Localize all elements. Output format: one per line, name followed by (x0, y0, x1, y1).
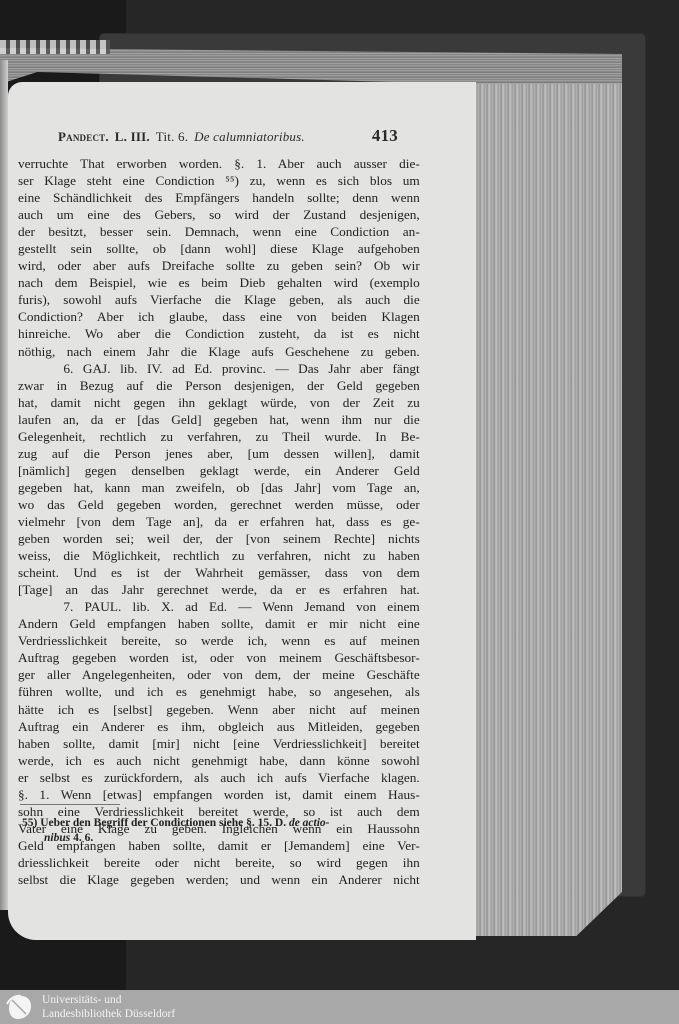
text-line: hat, damit nicht gegen ihn geklagt würde… (18, 395, 420, 412)
text-line: geben worden sei; weil der, der [von sei… (18, 531, 420, 548)
text-line: ger aller Angelegenheiten, oder von dem,… (18, 667, 420, 684)
running-head-title-number: Tit. 6. (156, 129, 188, 145)
spine-binding (0, 40, 110, 54)
text-line: driesslichkeit bereite oder nicht bereit… (18, 855, 420, 872)
text-line: Auftrag ein Anderer es ihm, obgleich aus… (18, 719, 420, 736)
section-heading-line: 6. GAJ. lib. IV. ad Ed. provinc. — Das J… (18, 361, 420, 378)
text-line: Verdriesslichkeit bereite, so werde ich,… (18, 633, 420, 650)
ulb-logo-icon (4, 992, 34, 1022)
running-head: Pandect. L. III. Tit. 6. De calumniatori… (58, 126, 398, 146)
text-line: gegeben hat, kann man zweifeln, ob [das … (18, 480, 420, 497)
text-line: [Tage] an das Jahr gerechnet werde, da e… (18, 582, 420, 599)
text-line: eine Schändlichkeit des Empfängers hande… (18, 190, 420, 207)
text-line: auch um eine des Gebers, so wird der Zus… (18, 207, 420, 224)
footnote-line-1: 55) Ueber den Begriff der Condictionen s… (22, 816, 392, 831)
text-line: zwar in Bezug auf die Person desjenigen,… (18, 378, 420, 395)
body-text: verruchte That erworben worden. §. 1. Ab… (18, 156, 390, 889)
text-line: verruchte That erworben worden. §. 1. Ab… (18, 156, 420, 173)
text-line: §. 1. Wenn [etwas] empfangen worden ist,… (18, 787, 420, 804)
text-line: hätte ich es [selbst] gegeben. Wenn aber… (18, 702, 420, 719)
text-line: gestellt sein sollte, ob [dann wohl] die… (18, 241, 420, 258)
footnote-line2-rest: 4. 6. (73, 832, 93, 844)
footer-line-1: Universitäts- und (42, 993, 175, 1007)
text-line: weiss, die Möglichkeit, rechtlich zu ver… (18, 548, 420, 565)
text-line: selbst die Klage gegeben werden; und wen… (18, 872, 420, 889)
footnote-italic-tail: de actio- (289, 817, 330, 829)
page-number: 413 (372, 126, 398, 146)
footnote-marker: 55) (22, 817, 37, 829)
text-line: wird, oder aber aufs Dreifache sollte zu… (18, 258, 420, 275)
footer-institution: Universitäts- und Landesbibliothek Düsse… (42, 993, 175, 1021)
text-line: haben sollte, damit [mir] nicht [eine Ve… (18, 736, 420, 753)
text-line: furis), sowohl aufs Vierfache die Klage … (18, 292, 420, 309)
text-line: er selbst es zurückfordern, als auch ich… (18, 770, 420, 787)
text-line: [nämlich] gegen denselben geklagt werde,… (18, 463, 420, 480)
running-head-series: Pandect. (58, 129, 109, 145)
text-line: wo das Geld gegeben worden, gerechnet we… (18, 497, 420, 514)
running-head-book: L. III. (115, 129, 150, 145)
text-line: scheint. Und es ist der Wahrheit gemässe… (18, 565, 420, 582)
running-head-title: De calumniatoribus. (194, 129, 305, 145)
footer-line-2: Landesbibliothek Düsseldorf (42, 1007, 175, 1021)
text-line: Gelegenheit, rechtlich zu verfahren, zu … (18, 429, 420, 446)
footer-bar: Universitäts- und Landesbibliothek Düsse… (0, 990, 679, 1024)
page-stack-edge (470, 56, 622, 936)
footnote-rule (20, 804, 120, 805)
text-line: zug auf die Person jenes aber, [um desse… (18, 446, 420, 463)
text-line: der besitzt, besser sein. Demnach, wenn … (18, 224, 420, 241)
footnote-text: Ueber den Begriff der Condictionen siehe… (40, 817, 286, 829)
page-gutter (0, 60, 8, 910)
text-line: Andern Geld empfangen haben sollte, dami… (18, 616, 420, 633)
text-line: führen wollte, und ich es genehmigt habe… (18, 684, 420, 701)
text-line: Auftrag gegeben worden ist, oder von mei… (18, 650, 420, 667)
text-line: hinreiche. Wo aber die Condiction zusteh… (18, 326, 420, 343)
text-line: nöthig, nach einem Jahr die Klage aufs G… (18, 344, 420, 361)
text-line: ser Klage steht eine Condiction ⁵⁵) zu, … (18, 173, 420, 190)
text-line: nach dem Beispiel, wie es beim Dieb geha… (18, 275, 420, 292)
footnote-line2-italic: nibus (44, 832, 70, 844)
footnote-line-2: nibus 4. 6. (22, 831, 392, 846)
text-line: werde, ich es auch nicht genehmigt habe,… (18, 753, 420, 770)
text-line: laufen an, da er [das Geld] gegeben hat,… (18, 412, 420, 429)
footnote: 55) Ueber den Begriff der Condictionen s… (22, 816, 392, 846)
text-line: Condiction? Aber ich glaube, dass eine v… (18, 309, 420, 326)
section-heading-line: 7. PAUL. lib. X. ad Ed. — Wenn Jemand vo… (18, 599, 420, 616)
text-line: vielmehr [von dem Tage an], da er erfahr… (18, 514, 420, 531)
